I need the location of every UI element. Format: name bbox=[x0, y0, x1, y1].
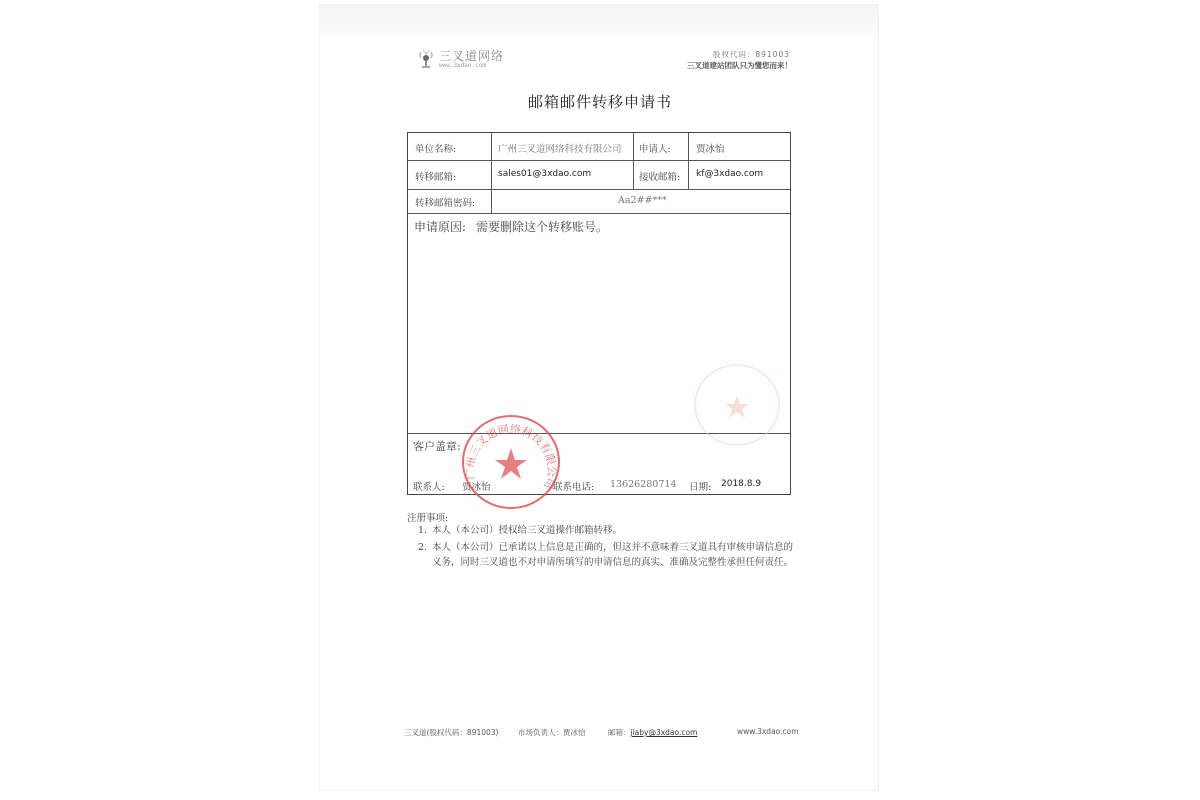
receive-email-label: 接收邮箱: bbox=[639, 169, 680, 183]
application-form-table: 单位名称: 广州三叉道网络科技有限公司 申请人: 贾冰怡 转移邮箱: sales… bbox=[407, 132, 791, 495]
password-value: Aa2##*** bbox=[618, 195, 667, 206]
column-divider bbox=[633, 133, 634, 189]
seal-label: 客户盖章: bbox=[413, 438, 461, 454]
note-item: 2. 本人（本公司）已承诺以上信息是正确的，但这并不意味着三叉道具有审核申请信息… bbox=[418, 540, 808, 588]
footer-manager: 市场负责人：贾冰怡 bbox=[518, 727, 586, 738]
transfer-email-value: sales01@3xdao.com bbox=[498, 169, 591, 179]
date-value: 2018.8.9 bbox=[721, 479, 761, 489]
footer-email-group: 邮箱：jiaby@3xdao.com bbox=[608, 727, 697, 738]
row-divider bbox=[408, 433, 790, 434]
row-divider bbox=[408, 189, 790, 190]
applicant-label: 申请人: bbox=[639, 141, 671, 155]
note-text: 本人（本公司）授权给三叉道操作邮箱转移。 bbox=[432, 523, 802, 538]
footer-email-link[interactable]: jiaby@3xdao.com bbox=[631, 728, 698, 737]
logo-url: www.3xdao.com bbox=[439, 62, 486, 69]
phone-label: 联系电话: bbox=[553, 479, 594, 493]
note-number: 2. bbox=[418, 540, 427, 555]
reason-label: 申请原因: bbox=[414, 218, 466, 235]
contact-value: 贾冰怡 bbox=[462, 479, 491, 493]
contact-label: 联系人: bbox=[413, 479, 445, 493]
phone-value: 13626280714 bbox=[610, 479, 677, 490]
note-number: 1. bbox=[418, 523, 427, 538]
footer-company: 三叉道(股权代码：891003) bbox=[404, 727, 498, 738]
note-item: 1. 本人（本公司）授权给三叉道操作邮箱转移。 bbox=[418, 523, 808, 538]
company-value: 广州三叉道网络科技有限公司 bbox=[498, 141, 622, 155]
antenna-logo-icon bbox=[417, 47, 435, 69]
footer-website[interactable]: www.3xdao.com bbox=[737, 727, 799, 736]
column-divider bbox=[491, 133, 492, 213]
date-label: 日期: bbox=[689, 479, 711, 493]
company-label: 单位名称: bbox=[415, 141, 456, 155]
footer-email-label: 邮箱： bbox=[608, 728, 631, 737]
notes-title: 注册事项: bbox=[407, 510, 448, 524]
applicant-value: 贾冰怡 bbox=[696, 141, 725, 155]
stock-code: 股权代码：891003 bbox=[713, 49, 790, 60]
note-text: 本人（本公司）已承诺以上信息是正确的，但这并不意味着三叉道具有审核申请信息的义务… bbox=[432, 540, 802, 570]
slogan: 三叉道建站团队只为懂您而来！ bbox=[687, 60, 792, 71]
company-logo: 三叉道网络 www.3xdao.com bbox=[417, 47, 507, 71]
row-divider bbox=[408, 213, 790, 214]
document-title: 邮箱邮件转移申请书 bbox=[0, 91, 1200, 112]
row-divider bbox=[408, 160, 790, 161]
password-label: 转移邮箱密码: bbox=[415, 195, 475, 209]
transfer-email-label: 转移邮箱: bbox=[415, 169, 456, 183]
column-divider bbox=[688, 133, 689, 189]
reason-value: 需要删除这个转移账号。 bbox=[476, 218, 608, 235]
receive-email-value: kf@3xdao.com bbox=[696, 169, 763, 179]
